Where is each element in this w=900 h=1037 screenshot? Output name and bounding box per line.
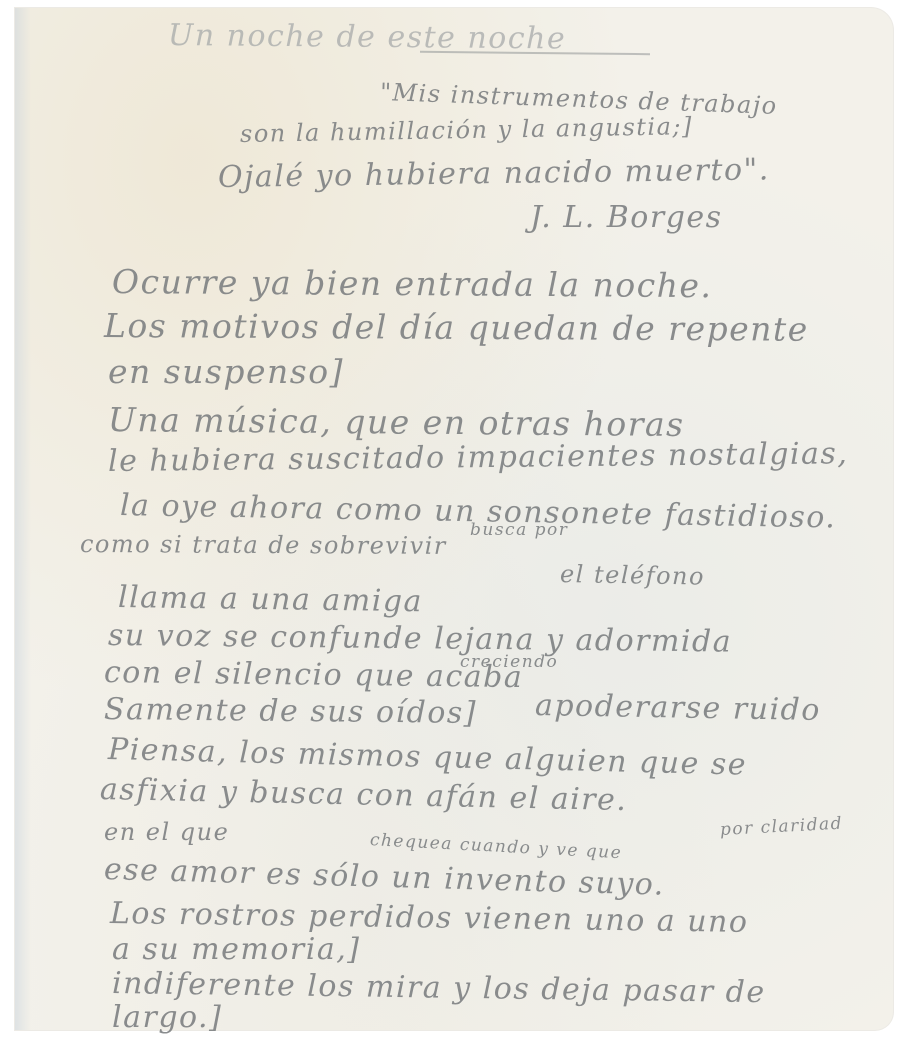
body-line-11: Samente de sus oídos] — [104, 692, 477, 731]
body-line-19: largo.] — [112, 1000, 222, 1035]
body-line-9: su voz se confunde lejana y adormida — [108, 618, 732, 660]
manuscript-title: Un noche de este noche — [168, 18, 566, 56]
body-line-1: Ocurre ya bien entrada la noche. — [112, 262, 713, 305]
epigraph-attribution: J. L. Borges — [530, 200, 723, 235]
body-line-2: Los motivos del día quedan de repente — [104, 306, 809, 349]
body-line-7: como si trata de sobrevivir — [80, 530, 447, 560]
page-edge-shadow — [15, 8, 31, 1030]
body-line-10-tail: apoderarse ruido — [535, 688, 821, 728]
body-line-7-tail: el teléfono — [560, 560, 705, 591]
body-line-14: en el que — [104, 818, 229, 846]
body-line-17: a su memoria,] — [112, 932, 360, 967]
body-line-8: llama a una amiga — [118, 580, 423, 619]
body-line-4: Una música, que en otras horas — [108, 400, 685, 444]
insertion-creciendo: creciendo — [460, 652, 558, 672]
body-line-3: en suspenso] — [108, 352, 344, 391]
insertion-busca-por: busca por — [470, 520, 568, 540]
